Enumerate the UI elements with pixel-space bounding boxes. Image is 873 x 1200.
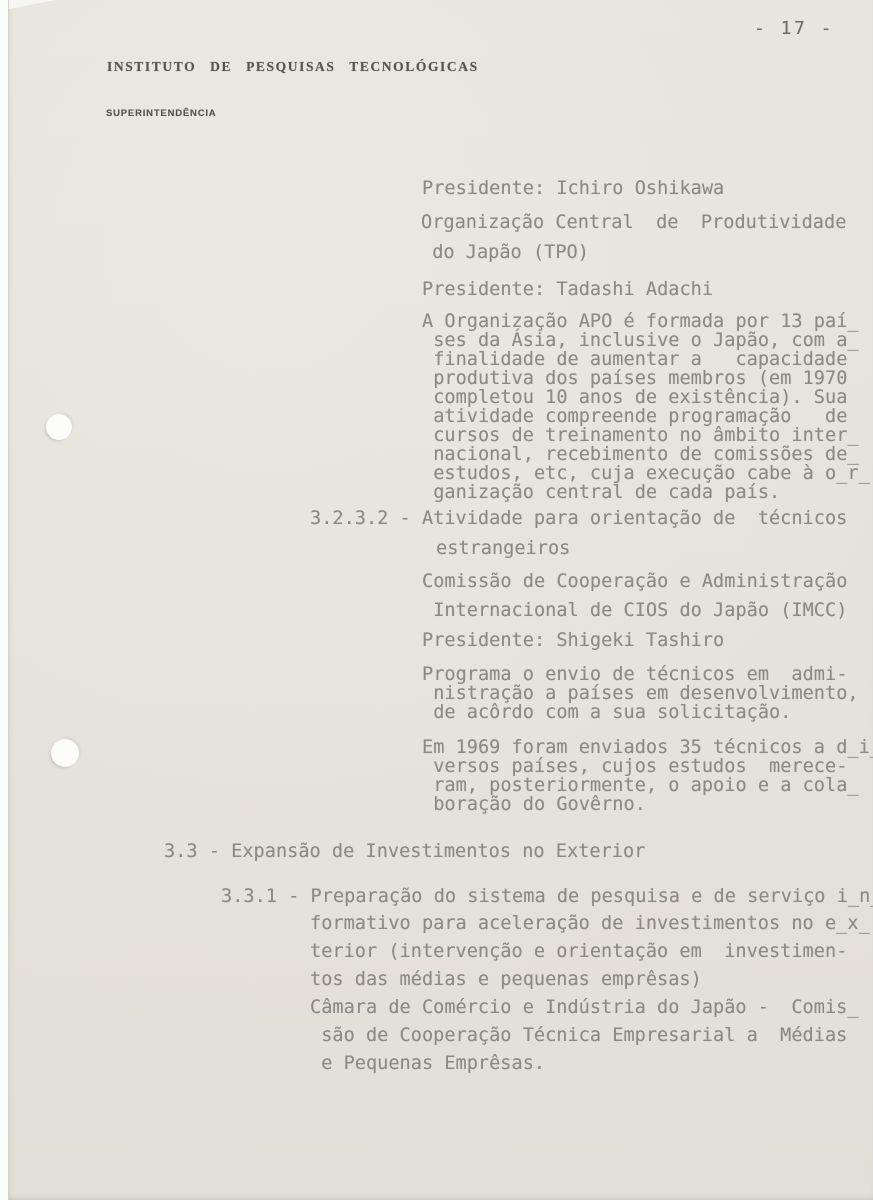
text-line: nistração a países em desenvolvimento, bbox=[422, 684, 859, 703]
president-line-2: Presidente: Tadashi Adachi bbox=[422, 280, 713, 299]
text-line: Em 1969 foram enviados 35 técnicos a d̲i… bbox=[422, 738, 873, 757]
text-line: 3.3 - Expansão de Investimentos no Exter… bbox=[164, 842, 645, 861]
text-line: Comissão de Cooperação e Administração bbox=[422, 567, 847, 596]
text-line: Presidente: Shigeki Tashiro bbox=[422, 631, 724, 650]
section-3-3-1-heading: 3.3.1 - Preparação do sistema de pesquis… bbox=[221, 887, 873, 906]
text-line: versos países, cujos estudos merece- bbox=[422, 757, 873, 776]
text-line: A Organização APO é formada por 13 paí̲ bbox=[422, 312, 870, 331]
text-line: estrangeiros bbox=[436, 539, 570, 558]
section-3-3-1-heading-cont: formativo para aceleração de investiment… bbox=[310, 910, 870, 994]
text-line: finalidade de aumentar a capacidade bbox=[422, 350, 870, 369]
text-line: 3.2.3.2 - Atividade para orientação de t… bbox=[310, 509, 847, 528]
text-line: e Pequenas Emprêsas. bbox=[310, 1050, 859, 1078]
text-line: boração do Govêrno. bbox=[422, 795, 873, 814]
text-line: produtiva dos países membros (em 1970 bbox=[422, 369, 870, 388]
text-line: são de Cooperação Técnica Empresarial a … bbox=[310, 1022, 859, 1050]
text-line: Programa o envio de técnicos em admi- bbox=[422, 665, 859, 684]
text-line: Presidente: Ichiro Oshikawa bbox=[422, 179, 724, 198]
section-3-3-heading: 3.3 - Expansão de Investimentos no Exter… bbox=[164, 842, 645, 861]
text-line: terior (intervenção e orientação em inve… bbox=[310, 938, 870, 966]
comissao-cios: Comissão de Cooperação e Administração I… bbox=[422, 567, 847, 625]
typewritten-body: Presidente: Ichiro OshikawaOrganização C… bbox=[9, 0, 873, 1200]
president-line-3: Presidente: Shigeki Tashiro bbox=[422, 631, 724, 650]
org-central-produtividade: Organização Central de Produtividade do … bbox=[421, 208, 846, 268]
paper-sheet: - 17 - INSTITUTO DE PESQUISAS TECNOLÓGIC… bbox=[8, 0, 873, 1200]
text-line: Câmara de Comércio e Indústria do Japão … bbox=[310, 994, 859, 1022]
apo-paragraph: A Organização APO é formada por 13 paí̲ … bbox=[422, 312, 870, 502]
text-line: Presidente: Tadashi Adachi bbox=[422, 280, 713, 299]
text-line: 3.3.1 - Preparação do sistema de pesquis… bbox=[221, 887, 873, 906]
text-line: ganização central de cada país. bbox=[422, 483, 870, 502]
text-line: de acôrdo com a sua solicitação. bbox=[422, 703, 859, 722]
text-line: nacional, recebimento de comissões de̲ bbox=[422, 445, 870, 464]
text-line: do Japão (TPO) bbox=[421, 238, 846, 268]
programa-paragraph: Programa o envio de técnicos em admi- ni… bbox=[422, 665, 859, 722]
text-line: formativo para aceleração de investiment… bbox=[310, 910, 870, 938]
camara-comercio-paragraph: Câmara de Comércio e Indústria do Japão … bbox=[310, 994, 859, 1078]
text-line: cursos de treinamento no âmbito inter̲ bbox=[422, 426, 870, 445]
text-line: Internacional de CIOS do Japão (IMCC) bbox=[422, 596, 847, 625]
text-line: tos das médias e pequenas emprêsas) bbox=[310, 966, 870, 994]
text-line: completou 10 anos de existência). Sua bbox=[422, 388, 870, 407]
em-1969-paragraph: Em 1969 foram enviados 35 técnicos a d̲i… bbox=[422, 738, 873, 814]
text-line: ses da Ásia, inclusive o Japão, com a̲ bbox=[422, 331, 870, 350]
section-3-2-3-2-heading-cont: estrangeiros bbox=[436, 539, 570, 558]
text-line: Organização Central de Produtividade bbox=[421, 208, 846, 238]
text-line: atividade compreende programação de bbox=[422, 407, 870, 426]
text-line: estudos, etc, cuja execução cabe à o̲r̲ bbox=[422, 464, 870, 483]
section-3-2-3-2-heading: 3.2.3.2 - Atividade para orientação de t… bbox=[310, 509, 847, 528]
president-line-1: Presidente: Ichiro Oshikawa bbox=[422, 179, 724, 198]
text-line: ram, posteriormente, o apoio e a cola̲ bbox=[422, 776, 873, 795]
